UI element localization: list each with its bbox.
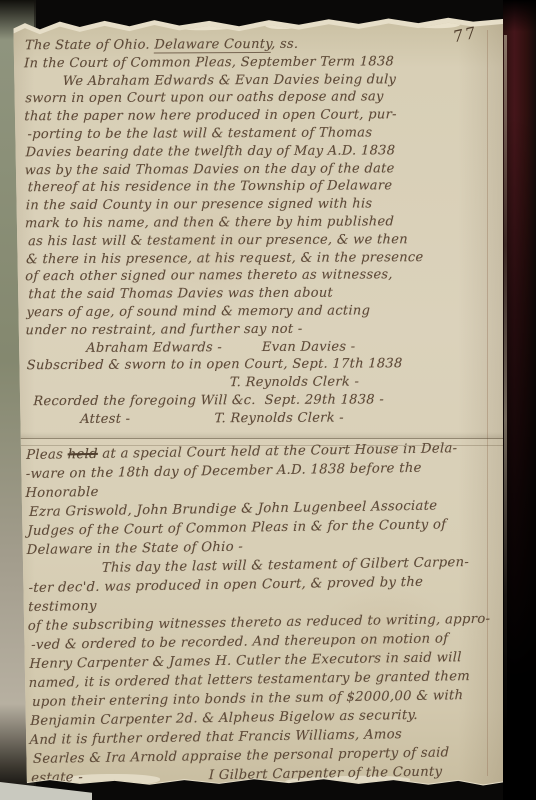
handwritten-line: The State of Ohio. Delaware County, ss. — [25, 35, 492, 55]
text-segment: in the said County in our presence signe… — [26, 197, 373, 214]
text-segment: under no restraint, and further say not … — [25, 322, 302, 338]
handwritten-line: Davies bearing date the twelfth day of M… — [25, 142, 492, 162]
handwritten-line: mark to his name, and then & there by hi… — [25, 213, 493, 233]
handwritten-line: -porting to be the last will & testament… — [27, 124, 492, 144]
text-segment: sworn in open Court upon our oaths depos… — [25, 90, 384, 107]
handwritten-line: Recorded the foregoing Will &c. Sept. 29… — [29, 391, 494, 411]
text-segment: Davies bearing date the twelfth day of M… — [25, 143, 395, 160]
text-segment: as his last will & testament in our pres… — [28, 232, 408, 249]
handwritten-line: as his last will & testament in our pres… — [28, 231, 493, 251]
text-segment: -ter dec'd. was produced in open Court, … — [28, 575, 428, 615]
page-stack-edge — [504, 35, 507, 735]
text-segment: -ware on the 18th day of December A.D. 1… — [25, 461, 426, 501]
text-segment: & there in his presence, at his request,… — [26, 250, 424, 267]
text-segment: Attest - T. Reynolds Clerk - — [27, 410, 344, 427]
text-segment: -porting to be the last will & testament… — [27, 125, 372, 142]
handwritten-line: that the said Thomas Davies was then abo… — [28, 284, 493, 304]
text-segment: Subscribed & sworn to in open Court, Sep… — [26, 357, 402, 374]
handwritten-line: Attest - T. Reynolds Clerk - — [27, 409, 494, 429]
text-segment: T. Reynolds Clerk - — [26, 375, 360, 392]
text-segment: Recorded the foregoing Will &c. Sept. 29… — [29, 392, 385, 409]
text-segment: The State of Ohio. — [25, 38, 155, 54]
handwritten-line: T. Reynolds Clerk - — [26, 373, 494, 393]
handwritten-line: In the Court of Common Pleas, September … — [24, 53, 492, 73]
handwritten-line: of Delaware and State of Ohio being in p… — [30, 781, 497, 800]
handwritten-line: under no restraint, and further say not … — [25, 320, 493, 340]
text-segment: Delaware in the State of Ohio - — [26, 540, 243, 558]
text-segment: of each other signed our names thereto a… — [25, 268, 393, 285]
book-cover-edge — [503, 0, 536, 800]
text-segment: mark to his name, and then & there by hi… — [25, 214, 395, 231]
text-segment: thereof at his residence in the Township… — [28, 179, 393, 196]
text-segment: We Abraham Edwards & Evan Davies being d… — [27, 72, 396, 89]
text-segment: , ss. — [271, 37, 299, 52]
text-segment: that the said Thomas Davies was then abo… — [28, 286, 333, 303]
text-segment: Abraham Edwards - Evan Davies - — [28, 339, 355, 356]
text-segment: Pleas — [26, 447, 68, 463]
text-segment: In the Court of Common Pleas, September … — [24, 54, 394, 71]
probate-entry-davies-will: The State of Ohio. Delaware County, ss.I… — [25, 35, 493, 429]
record-book-photo: 77 The State of Ohio. Delaware County, s… — [0, 0, 536, 800]
text-segment: that the paper now here produced in open… — [24, 107, 397, 124]
struck-word: held — [68, 447, 98, 462]
text-segment: was by the said Thomas Davies on the day… — [24, 161, 394, 178]
text-segment: years of age, of sound mind & memory and… — [26, 303, 370, 320]
record-page: 77 The State of Ohio. Delaware County, s… — [10, 22, 508, 786]
probate-entry-carpenter-will: Pleas held at a special Court held at th… — [26, 439, 498, 800]
text-segment: Delaware County — [154, 37, 271, 54]
handwritten-line: years of age, of sound mind & memory and… — [26, 302, 493, 322]
